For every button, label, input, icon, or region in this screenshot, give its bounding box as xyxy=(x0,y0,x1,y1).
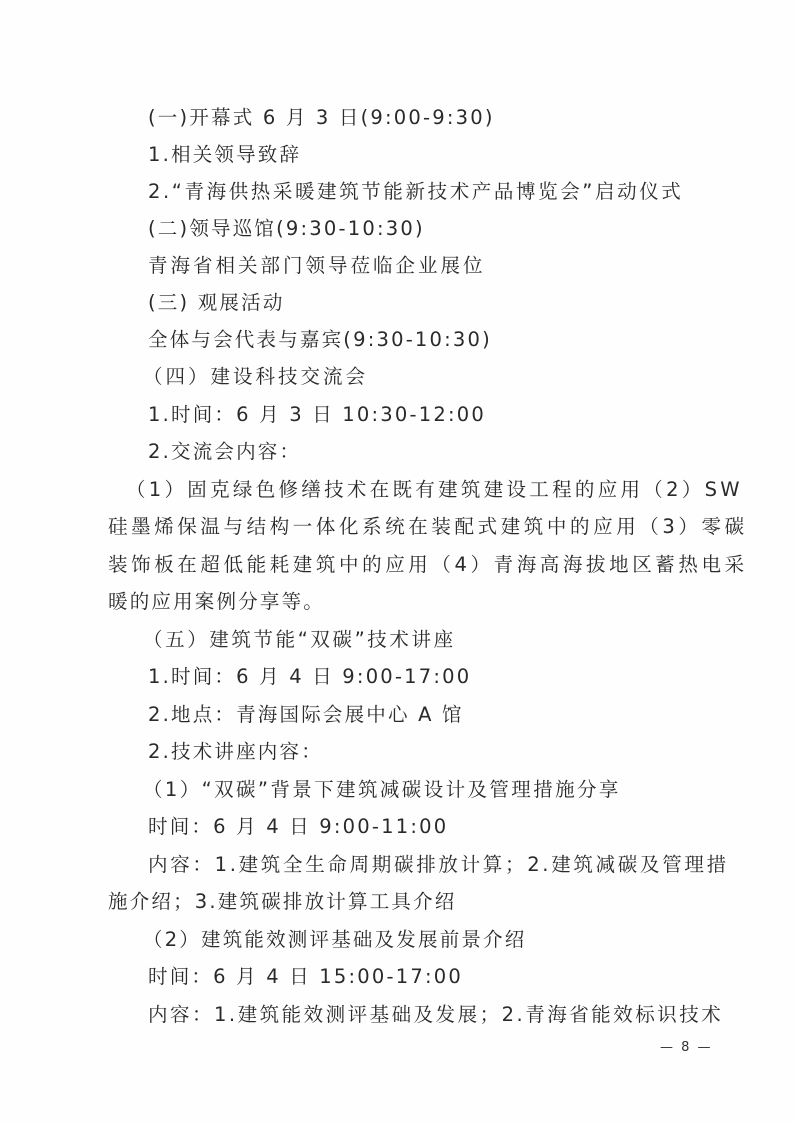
document-page: (一)开幕式 6 月 3 日(9:00-9:30) 1.相关领导致辞 2.“青海… xyxy=(0,0,794,1123)
section-4-time: 1.时间：6 月 3 日 10:30-12:00 xyxy=(148,402,486,428)
section-1-heading: (一)开幕式 6 月 3 日(9:00-9:30) xyxy=(148,105,495,131)
section-3-heading: (三) 观展活动 xyxy=(148,290,285,316)
section-3-text: 全体与会代表与嘉宾(9:30-10:30) xyxy=(148,327,492,353)
paragraph-text: 硅墨烯保温与结构一体化系统在装配式建筑中的应用（3）零碳 xyxy=(108,514,748,540)
lecture-1-content-line-1: 内容：1.建筑全生命周期碳排放计算；2.建筑减碳及管理措 xyxy=(148,852,729,878)
section-5-heading: （五）建筑节能“双碳”技术讲座 xyxy=(143,627,456,653)
lecture-1-title: （1）“双碳”背景下建筑减碳设计及管理措施分享 xyxy=(143,777,621,803)
lecture-1-content-line-2: 施介绍；3.建筑碳排放计算工具介绍 xyxy=(108,889,457,915)
lecture-2-time: 时间：6 月 4 日 15:00-17:00 xyxy=(148,964,463,990)
section-2-text: 青海省相关部门领导莅临企业展位 xyxy=(148,253,486,279)
paragraph-text: （1）固克绿色修缮技术在既有建筑建设工程的应用（2）SW xyxy=(126,477,743,503)
section-5-time: 1.时间：6 月 4 日 9:00-17:00 xyxy=(148,664,471,690)
section-5-content-label: 2.技术讲座内容： xyxy=(148,739,323,765)
section-1-item-2: 2.“青海供热采暖建筑节能新技术产品博览会”启动仪式 xyxy=(148,179,683,205)
lecture-2-title: （2）建筑能效测评基础及发展前景介绍 xyxy=(143,927,527,953)
section-4-content-para-line-3: 装饰板在超低能耗建筑中的应用（4）青海高海拔地区蓄热电采 xyxy=(108,552,692,578)
section-2-heading: (二)领导巡馆(9:30-10:30) xyxy=(148,216,425,242)
section-4-content-label: 2.交流会内容： xyxy=(148,439,301,465)
section-5-location: 2.地点：青海国际会展中心 A 馆 xyxy=(148,702,464,728)
page-number: — 8 — xyxy=(660,1040,713,1055)
section-4-content-para-line-4: 暖的应用案例分享等。 xyxy=(108,589,325,615)
section-1-item-1: 1.相关领导致辞 xyxy=(148,142,301,168)
paragraph-text: 装饰板在超低能耗建筑中的应用（4）青海高海拔地区蓄热电采 xyxy=(108,552,748,578)
section-4-content-para-line-1: （1）固克绿色修缮技术在既有建筑建设工程的应用（2）SW xyxy=(126,477,692,503)
section-4-heading: （四）建设科技交流会 xyxy=(143,364,368,390)
section-4-content-para-line-2: 硅墨烯保温与结构一体化系统在装配式建筑中的应用（3）零碳 xyxy=(108,514,692,540)
lecture-1-time: 时间：6 月 4 日 9:00-11:00 xyxy=(148,814,448,840)
lecture-2-content-line-1: 内容：1.建筑能效测评基础及发展；2.青海省能效标识技术 xyxy=(148,1002,723,1028)
